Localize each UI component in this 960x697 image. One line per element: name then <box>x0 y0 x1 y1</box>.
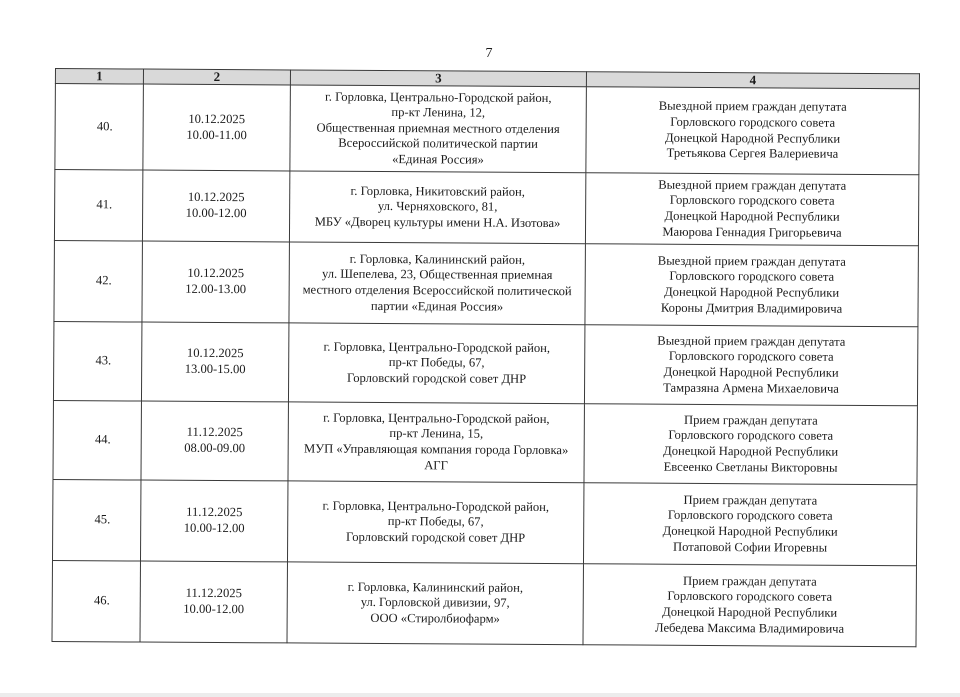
place-line: местного отделения Всероссийской политич… <box>290 282 585 299</box>
event-line: Потаповой Софии Игоревны <box>584 539 916 557</box>
row-event: Выездной прием граждан депутатаГорловско… <box>585 244 918 327</box>
row-event: Выездной прием граждан депутатаГорловско… <box>585 173 918 246</box>
column-header-datetime: 2 <box>143 69 290 85</box>
place-line: АГГ <box>289 457 584 474</box>
table-row: 43.10.12.202513.00-15.00г. Горловка, Цен… <box>53 321 917 405</box>
event-line: Маюрова Геннадия Григорьевича <box>586 224 918 242</box>
event-time: 12.00-13.00 <box>143 282 289 298</box>
table-row: 41.10.12.202510.00-12.00г. Горловка, Ник… <box>54 170 918 246</box>
row-datetime: 10.12.202510.00-12.00 <box>142 170 289 242</box>
place-line: г. Горловка, Центрально-Городской район, <box>289 339 584 356</box>
row-datetime: 11.12.202510.00-12.00 <box>140 561 287 643</box>
row-datetime: 11.12.202510.00-12.00 <box>140 480 287 562</box>
table-body: 40.10.12.202510.00-11.00г. Горловка, Цен… <box>52 84 919 647</box>
place-line: ул. Горловской дивизии, 97, <box>288 595 583 612</box>
row-number: 45. <box>52 479 140 561</box>
place-line: г. Горловка, Центрально-Городской район, <box>289 410 584 427</box>
place-line: г. Горловка, Центрально-Городской район, <box>288 498 583 515</box>
place-line: ул. Черняховского, 81, <box>290 199 585 216</box>
event-time: 10.00-12.00 <box>143 206 289 222</box>
event-date: 10.12.2025 <box>142 346 288 362</box>
place-line: пр-кт Ленина, 12, <box>291 105 586 122</box>
page-bottom-edge <box>0 693 960 697</box>
place-line: г. Горловка, Центрально-Городской район, <box>291 89 586 106</box>
row-place: г. Горловка, Центрально-Городской район,… <box>288 402 584 483</box>
event-line: Короны Дмитрия Владимировича <box>585 300 917 318</box>
event-line: Лебедева Максима Владимировича <box>584 620 916 638</box>
place-line: Всероссийской политической партии <box>290 136 585 153</box>
row-place: г. Горловка, Никитовский район,ул. Черня… <box>289 171 585 244</box>
page-number: 7 <box>0 46 960 62</box>
place-line: пр-кт Победы, 67, <box>288 514 583 531</box>
row-number: 43. <box>53 321 141 401</box>
place-line: «Единая Россия» <box>290 151 585 168</box>
event-date: 11.12.2025 <box>141 586 287 602</box>
place-line: МБУ «Дворец культуры имени Н.А. Изотова» <box>290 214 585 231</box>
event-date: 10.12.2025 <box>143 266 289 282</box>
place-line: г. Горловка, Никитовский район, <box>290 183 585 200</box>
place-line: ул. Шепелева, 23, Общественная приемная <box>290 267 585 284</box>
table-row: 44.11.12.202508.00-09.00г. Горловка, Цен… <box>53 400 917 484</box>
row-place: г. Горловка, Центрально-Городской район,… <box>287 481 583 564</box>
row-number: 40. <box>55 84 144 171</box>
event-date: 10.12.2025 <box>144 111 290 127</box>
table-row: 42.10.12.202512.00-13.00г. Горловка, Кал… <box>54 240 918 326</box>
event-line: Тамразяна Армена Михаеловича <box>585 380 917 398</box>
event-time: 10.00-11.00 <box>144 127 290 143</box>
event-time: 10.00-12.00 <box>141 521 287 537</box>
row-place: г. Горловка, Центрально-Городской район,… <box>288 323 584 404</box>
event-date: 10.12.2025 <box>143 190 289 206</box>
table-row: 40.10.12.202510.00-11.00г. Горловка, Цен… <box>55 84 920 175</box>
place-line: ООО «Стиролбиофарм» <box>288 610 583 627</box>
table-row: 46.11.12.202510.00-12.00г. Горловка, Кал… <box>52 560 916 646</box>
row-event: Прием граждан депутатаГорловского городс… <box>583 564 916 647</box>
event-line: Евсеенко Светланы Викторовны <box>585 459 917 477</box>
schedule-table: 1 2 3 4 40.10.12.202510.00-11.00г. Горло… <box>51 68 919 647</box>
row-number: 42. <box>54 240 142 322</box>
place-line: Горловский городской совет ДНР <box>288 529 583 546</box>
column-header-number: 1 <box>55 69 143 85</box>
place-line: пр-кт Победы, 67, <box>289 355 584 372</box>
row-event: Прием граждан депутатаГорловского городс… <box>584 404 917 485</box>
place-line: пр-кт Ленина, 15, <box>289 426 584 443</box>
row-datetime: 11.12.202508.00-09.00 <box>141 401 288 481</box>
row-datetime: 10.12.202513.00-15.00 <box>141 322 288 402</box>
row-event: Прием граждан депутатаГорловского городс… <box>583 483 916 566</box>
row-number: 46. <box>52 560 140 642</box>
row-datetime: 10.12.202510.00-11.00 <box>143 84 291 171</box>
row-place: г. Горловка, Калининский район,ул. Шепел… <box>289 242 585 325</box>
event-time: 13.00-15.00 <box>142 362 288 378</box>
table-row: 45.11.12.202510.00-12.00г. Горловка, Цен… <box>52 479 916 565</box>
row-number: 41. <box>54 170 142 242</box>
event-line: Третьякова Сергея Валериевича <box>586 145 918 163</box>
event-date: 11.12.2025 <box>142 425 288 441</box>
row-place: г. Горловка, Калининский район,ул. Горло… <box>287 562 583 645</box>
event-time: 08.00-09.00 <box>142 441 288 457</box>
place-line: г. Горловка, Калининский район, <box>288 579 583 596</box>
row-event: Выездной прием граждан депутатаГорловско… <box>586 87 920 175</box>
place-line: Горловский городской совет ДНР <box>289 370 584 387</box>
place-line: г. Горловка, Калининский район, <box>290 251 585 268</box>
place-line: Общественная приемная местного отделения <box>291 120 586 137</box>
place-line: МУП «Управляющая компания города Горловк… <box>289 441 584 458</box>
event-date: 11.12.2025 <box>141 505 287 521</box>
row-datetime: 10.12.202512.00-13.00 <box>142 241 289 323</box>
place-line: партии «Единая Россия» <box>290 298 585 315</box>
event-time: 10.00-12.00 <box>141 602 287 618</box>
row-place: г. Горловка, Центрально-Городской район,… <box>290 85 587 173</box>
row-number: 44. <box>53 400 141 480</box>
row-event: Выездной прием граждан депутатаГорловско… <box>584 325 917 406</box>
